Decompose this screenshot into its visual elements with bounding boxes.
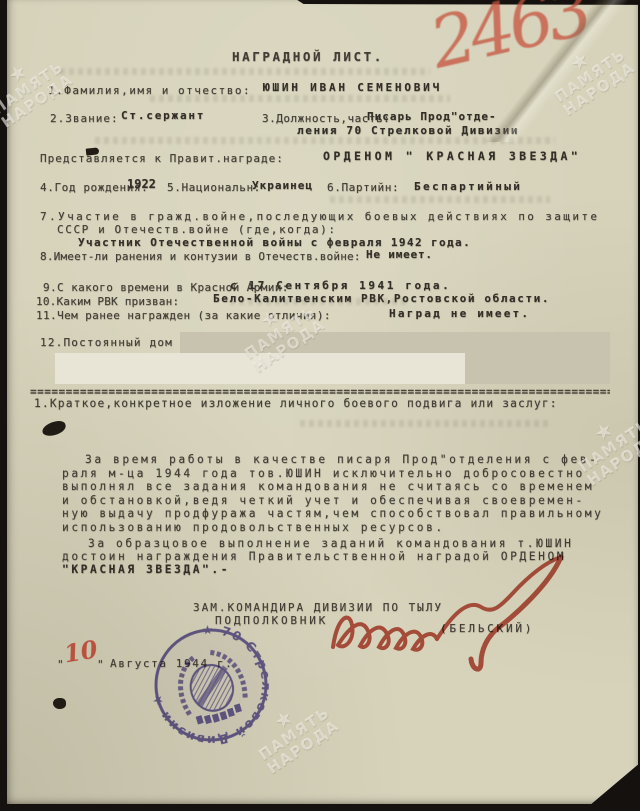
field-9-value: с 17 Сентября 1941 года. [230, 279, 451, 292]
document-title: НАГРАДНОЙ ЛИСТ. [232, 49, 384, 64]
field-8-value: Не имеет. [366, 248, 433, 261]
field-5-value: Украинец [252, 179, 313, 192]
field-12-label: 12.Постоянный дом [40, 336, 173, 349]
field-8-label: 8.Имеет-ли ранения и контузии в Отечеств… [40, 250, 361, 263]
field-4-value: 1922 [127, 177, 156, 191]
date-quote-open: " [57, 658, 64, 671]
field-10-value: Бело-Калитвенским РВК,Ростовской области… [213, 292, 550, 305]
field-2-label: 2.Звание: [50, 112, 119, 125]
citation-heading: 1.Краткое,конкретное изложение личного б… [34, 397, 558, 410]
field-1-value: ЮШИН ИВАН СЕМЕНОВИЧ [263, 81, 442, 94]
field-7-label-line1: 7.Участие в гражд.войне,последующих боев… [40, 210, 599, 223]
citation-line: За время работы в качестве писаря Прод"о… [85, 453, 598, 466]
field-3-value-line1: Писарь Прод"отде- [367, 110, 497, 123]
redaction-box [55, 353, 467, 384]
citation-line: достоин награждения Правительственной на… [62, 550, 566, 563]
handwritten-day: 10 [62, 635, 100, 669]
present-award-value: ОРДЕНОМ " КРАСНАЯ ЗВЕЗДА" [323, 149, 581, 163]
citation-line: За образцовое выполнение заданий командо… [88, 537, 573, 550]
citation-line: и обстановкой,ведя четкий учет и обеспеч… [62, 494, 585, 507]
field-1-label: 1.Фамилия,имя и отчество: [48, 84, 251, 97]
citation-line: ную выдачу продфуража частям,чем способс… [62, 507, 603, 520]
citation-line: "КРАСНАЯ ЗВЕЗДА".- [62, 563, 230, 576]
field-5-label: 5.Национальн: [167, 181, 261, 194]
scanned-award-sheet: НАГРАДНОЙ ЛИСТ. 1.Фамилия,имя и отчество… [0, 0, 640, 811]
citation-line: раля м-ца 1944 года тов.ЮШИН исключитель… [62, 467, 585, 480]
field-7-label-line2: СССР и Отечеств.войне (где,когда): [57, 223, 337, 236]
field-11-label: 11.Чем ранее награжден (за какие отличия… [36, 309, 331, 322]
redaction-box [465, 353, 610, 384]
ink-blot [53, 698, 66, 709]
signer-surname: (БЕЛЬСКИЙ) [440, 622, 534, 635]
present-award-label: Представляется к Правит.награде: [40, 152, 284, 165]
field-3-value-line2: ления 70 Стрелковой Дивизии [297, 124, 519, 137]
field-11-value: Наград не имеет. [389, 307, 530, 320]
field-2-value: Ст.сержант [121, 109, 205, 122]
field-10-label: 10.Каким РВК призван: [36, 295, 179, 308]
citation-line: использованию продовольственных ресурсов… [62, 521, 445, 534]
field-6-label: 6.Партийн: [327, 181, 399, 194]
citation-line: выполнял все задания командования не счи… [62, 480, 594, 493]
field-6-value: Беспартийный [414, 180, 522, 193]
